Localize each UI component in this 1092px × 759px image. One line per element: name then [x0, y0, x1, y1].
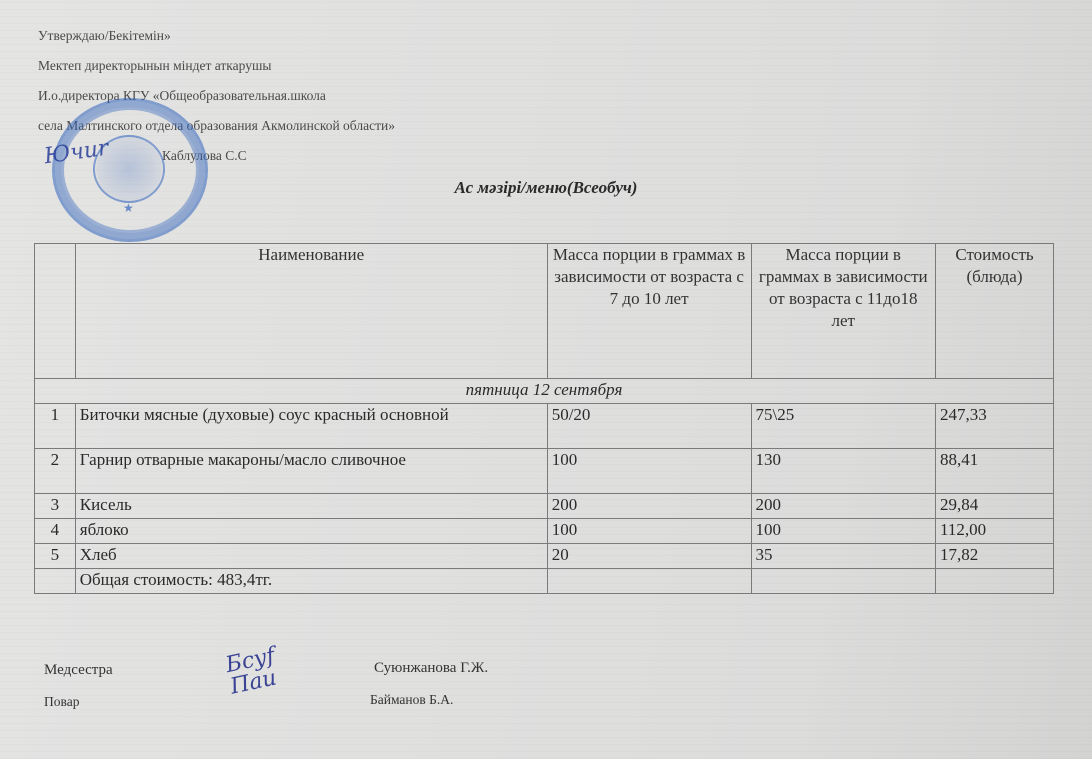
row-number: 3: [35, 494, 76, 519]
mass-7-10: 200: [547, 494, 751, 519]
table-row: 5 Хлеб 20 35 17,82: [35, 544, 1054, 569]
column-header-num: [35, 244, 76, 379]
row-number: 1: [35, 404, 76, 449]
dish-cost: 17,82: [935, 544, 1053, 569]
nurse-role: Медсестра: [44, 662, 113, 679]
mass-7-10: 100: [547, 519, 751, 544]
dish-cost: 29,84: [935, 494, 1053, 519]
staff-signature: БсуfПаи: [224, 645, 281, 698]
dish-name: Гарнир отварные макароны/масло сливочное: [75, 449, 547, 494]
row-number: 5: [35, 544, 76, 569]
day-row: пятница 12 сентября: [35, 379, 1054, 404]
acting-director-kz: Мектеп директорынын міндет аткарушы: [38, 58, 271, 74]
stamp-seal-icon: ★: [52, 98, 208, 242]
mass-11-18: 100: [751, 519, 935, 544]
row-number: 4: [35, 519, 76, 544]
menu-table: Наименование Масса порции в граммах в за…: [34, 243, 1054, 594]
table-row: 1 Биточки мясные (духовые) соус красный …: [35, 404, 1054, 449]
dish-name: Биточки мясные (духовые) соус красный ос…: [75, 404, 547, 449]
day-label: пятница 12 сентября: [35, 379, 1054, 404]
dish-name: Хлеб: [75, 544, 547, 569]
total-row: Общая стоимость: 483,4тг.: [35, 569, 1054, 594]
dish-cost: 88,41: [935, 449, 1053, 494]
mass-7-10: 100: [547, 449, 751, 494]
approval-line: Утверждаю/Бекітемін»: [38, 28, 171, 44]
mass-11-18: 130: [751, 449, 935, 494]
mass-11-18: 75\25: [751, 404, 935, 449]
table-row: 2 Гарнир отварные макароны/масло сливочн…: [35, 449, 1054, 494]
empty-cell: [547, 569, 751, 594]
mass-7-10: 20: [547, 544, 751, 569]
cook-role: Повар: [44, 694, 79, 710]
table-header-row: Наименование Масса порции в граммах в за…: [35, 244, 1054, 379]
table-row: 3 Кисель 200 200 29,84: [35, 494, 1054, 519]
dish-name: яблоко: [75, 519, 547, 544]
empty-cell: [751, 569, 935, 594]
column-header-mass-7-10: Масса порции в граммах в зависимости от …: [547, 244, 751, 379]
nurse-name: Суюнжанова Г.Ж.: [374, 660, 488, 677]
menu-document-page: Утверждаю/Бекітемін» Мектеп директорынын…: [0, 0, 1092, 759]
star-icon: ★: [123, 201, 134, 216]
mass-11-18: 200: [751, 494, 935, 519]
document-title: Ас мәзірі/меню(Всеобуч): [0, 178, 1092, 198]
total-cost: Общая стоимость: 483,4тг.: [75, 569, 547, 594]
total-num-cell: [35, 569, 76, 594]
empty-cell: [935, 569, 1053, 594]
acting-director-ru: И.о.директора КГУ «Общеобразовательная.ш…: [38, 88, 326, 104]
row-number: 2: [35, 449, 76, 494]
dish-name: Кисель: [75, 494, 547, 519]
mass-7-10: 50/20: [547, 404, 751, 449]
table-row: 4 яблоко 100 100 112,00: [35, 519, 1054, 544]
dish-cost: 112,00: [935, 519, 1053, 544]
column-header-name: Наименование: [75, 244, 547, 379]
cook-name: Байманов Б.А.: [370, 692, 453, 708]
dish-cost: 247,33: [935, 404, 1053, 449]
column-header-mass-11-18: Масса порции в граммах в зависимости от …: [751, 244, 935, 379]
column-header-cost: Стоимость (блюда): [935, 244, 1053, 379]
mass-11-18: 35: [751, 544, 935, 569]
